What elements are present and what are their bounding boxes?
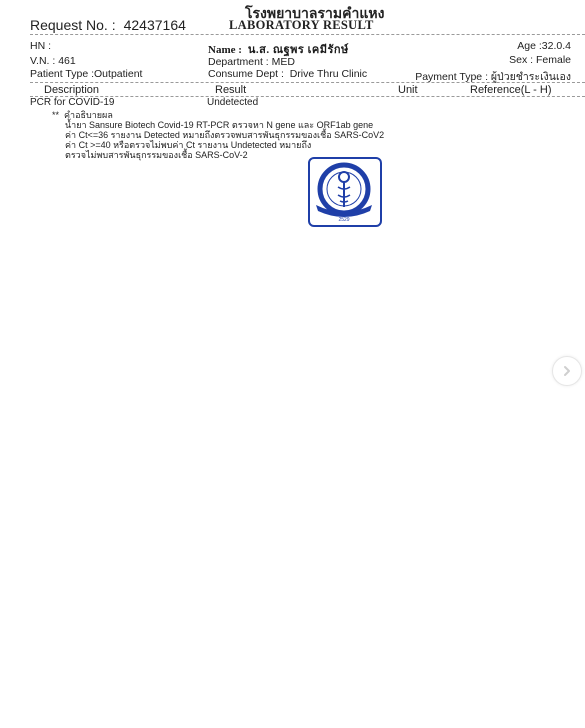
sex-label: Sex : [509,54,533,66]
department-field: Department : MED [208,56,295,68]
column-header-result: Result [215,84,246,96]
request-number: Request No. :42437164 [30,17,186,33]
age-label: Age : [517,40,542,52]
divider [30,82,585,83]
notes-line: ตรวจไม่พบสารพันธุกรรมของเชื้อ SARS-CoV-2 [65,150,248,161]
sex-field: Sex : Female [509,54,571,66]
hn-label: HN : [30,40,51,52]
notes-line: ค่า Ct >=40 หรือตรวจไม่พบค่า Ct รายงาน U… [65,140,311,151]
column-header-reference: Reference(L - H) [470,84,552,96]
sex-value: Female [536,54,571,66]
name-label: Name : [208,44,242,56]
consume-dept-label: Consume Dept : [208,68,284,80]
notes-line: ค่า Ct<=36 รายงาน Detected หมายถึงตรวจพบ… [65,130,384,141]
column-header-description: Description [44,84,99,96]
department-value: MED [272,56,295,68]
vn-label: V.N. : [30,55,55,67]
svg-text:2529: 2529 [338,217,349,223]
age-field: Age :32.0.4 [517,40,571,52]
request-label: Request No. : [30,17,116,33]
patient-type-field: Patient Type :Outpatient [30,68,142,80]
name-value: น.ส. ณฐพร เคมีรักษ์ [248,44,349,56]
hospital-seal-icon: 2529 [310,159,379,224]
consume-dept-value: Drive Thru Clinic [290,68,367,80]
next-button[interactable] [552,356,582,386]
notes-heading: ** คำอธิบายผล [52,110,113,121]
patient-type-value: Outpatient [94,68,142,80]
document-title: LABORATORY RESULT [229,18,374,33]
chevron-right-icon [561,365,573,377]
vn-field: V.N. : 461 [30,55,76,67]
age-value: 32.0.4 [542,40,571,52]
request-value: 42437164 [124,17,186,33]
department-label: Department : [208,56,269,68]
hospital-stamp: 2529 [308,157,382,227]
lab-result-document: โรงพยาบาลรามคำแหง LABORATORY RESULT Requ… [0,0,585,728]
table-row-description: PCR for COVID-19 [30,97,114,108]
table-row-result: Undetected [207,97,258,108]
notes-marker: ** [52,110,59,120]
column-header-unit: Unit [398,84,418,96]
vn-value: 461 [58,55,76,67]
hn-field: HN : [30,40,51,52]
notes-heading-text: คำอธิบายผล [64,110,113,120]
notes-line: น้ำยา Sansure Biotech Covid-19 RT-PCR ตร… [65,120,373,131]
divider [30,34,585,35]
consume-dept-field: Consume Dept : Drive Thru Clinic [208,68,367,80]
patient-type-label: Patient Type : [30,68,94,80]
